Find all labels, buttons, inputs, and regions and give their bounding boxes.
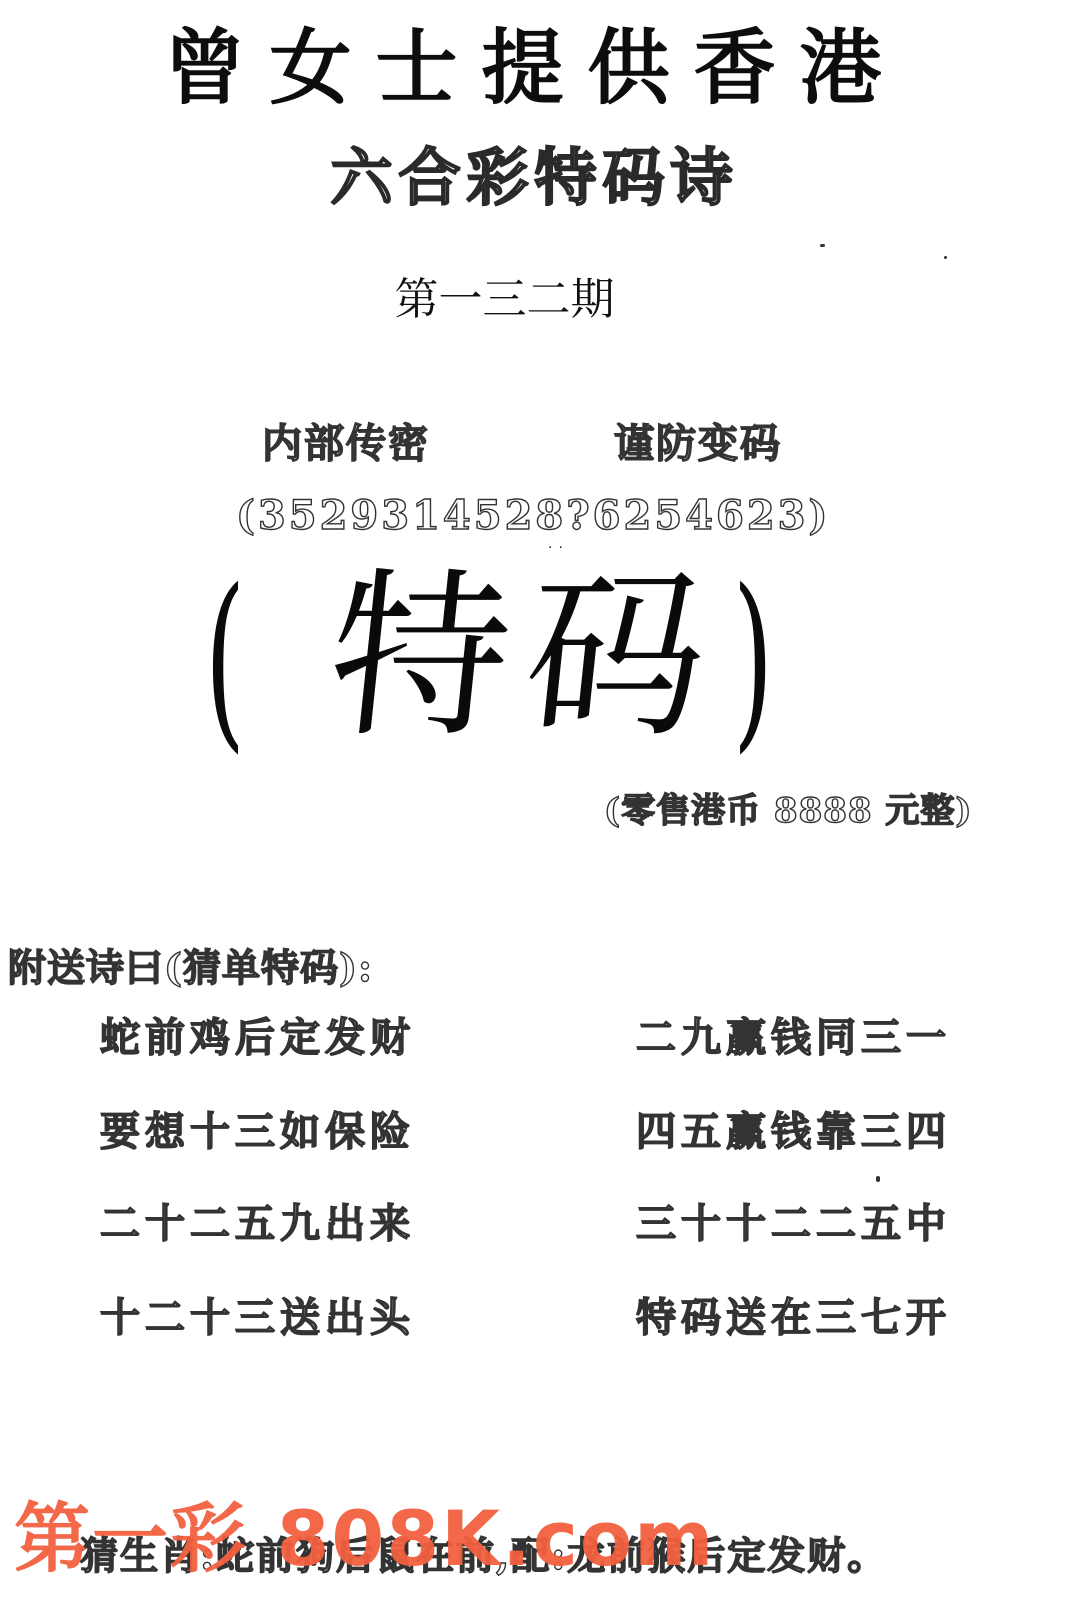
issue-number: 第一三二期	[0, 270, 1069, 330]
poem-line-right-3: 三十十二二五中	[636, 1196, 951, 1252]
bracket-close-icon: )	[733, 560, 774, 760]
poem-line-right-2: 四五赢钱靠三四	[636, 1104, 951, 1160]
document-title: 曾女士提供香港	[0, 18, 1069, 118]
scan-speck	[944, 256, 947, 259]
poem-line-right-4: 特码送在三七开	[636, 1290, 951, 1346]
scan-speck	[876, 1176, 880, 1182]
notice-beware-code-change: 谨防变码	[614, 416, 782, 472]
special-code-label: 特码	[318, 548, 733, 768]
poem-line-left-2: 要想十三如保险	[100, 1104, 415, 1160]
poem-line-left-4: 十二十三送出头	[100, 1290, 415, 1346]
poem-intro: 附送诗曰(猜单特码):	[8, 940, 373, 996]
bracket-open-icon: (	[205, 560, 246, 760]
scan-speck	[820, 244, 825, 247]
poem-line-left-3: 二十二五九出来	[100, 1196, 415, 1252]
poem-line-right-1: 二九赢钱同三一	[636, 1010, 951, 1066]
notice-internal-secret: 内部传密	[262, 416, 430, 472]
document-subtitle: 六合彩特码诗	[0, 138, 1069, 218]
retail-price: (零售港币 8888 元整)	[604, 786, 972, 836]
watermark-text: 第一彩 808K.com	[14, 1494, 715, 1584]
poem-line-left-1: 蛇前鸡后定发财	[100, 1010, 415, 1066]
code-sequence: (3529314528?6254623)	[236, 488, 830, 544]
